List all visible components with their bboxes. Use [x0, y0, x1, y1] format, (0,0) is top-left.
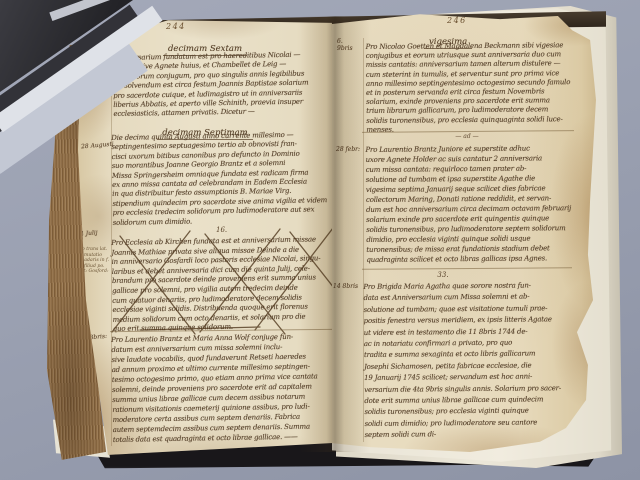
entry-paragraph-18: Pro Laurentio Brantz et Maria Anna Wolf …	[111, 331, 337, 445]
margin-note-october-right: 14 8bris	[333, 283, 358, 290]
entry-separator-right-2	[362, 267, 572, 269]
margin-note-february: 28 febr:	[336, 146, 360, 153]
photo-background: 244 decimam Sextam 28 Aprilis: anniversa…	[0, 0, 640, 480]
entry-paragraph-16: anniversarium fundatum est pro haerediti…	[112, 50, 335, 120]
entry-paragraph-21: Pro Laurentio Brantz Juniore et supersti…	[365, 143, 580, 265]
interline-note: — ad —	[412, 133, 522, 140]
page-number-left: 244	[166, 22, 186, 31]
margin-note-august: 28 Augusti	[81, 141, 114, 151]
entry-paragraph-33: Pro Brigida Maria Agatha quae sorore nos…	[363, 280, 580, 442]
entry-paragraph-17: Die decima quinta Augusti anno currente …	[111, 130, 335, 228]
entry-number-33: 33.	[428, 271, 458, 279]
crossout-marks	[110, 226, 338, 340]
entry-paragraph-20: Pro Nicolao Goetten et Magdalena Beckman…	[366, 41, 581, 135]
margin-note-november: 6. 9bris	[337, 38, 353, 52]
page-number-right: 246	[447, 16, 467, 25]
right-page: 246 vigesima 6. 9bris Pro Nicolao Goette…	[332, 12, 600, 456]
